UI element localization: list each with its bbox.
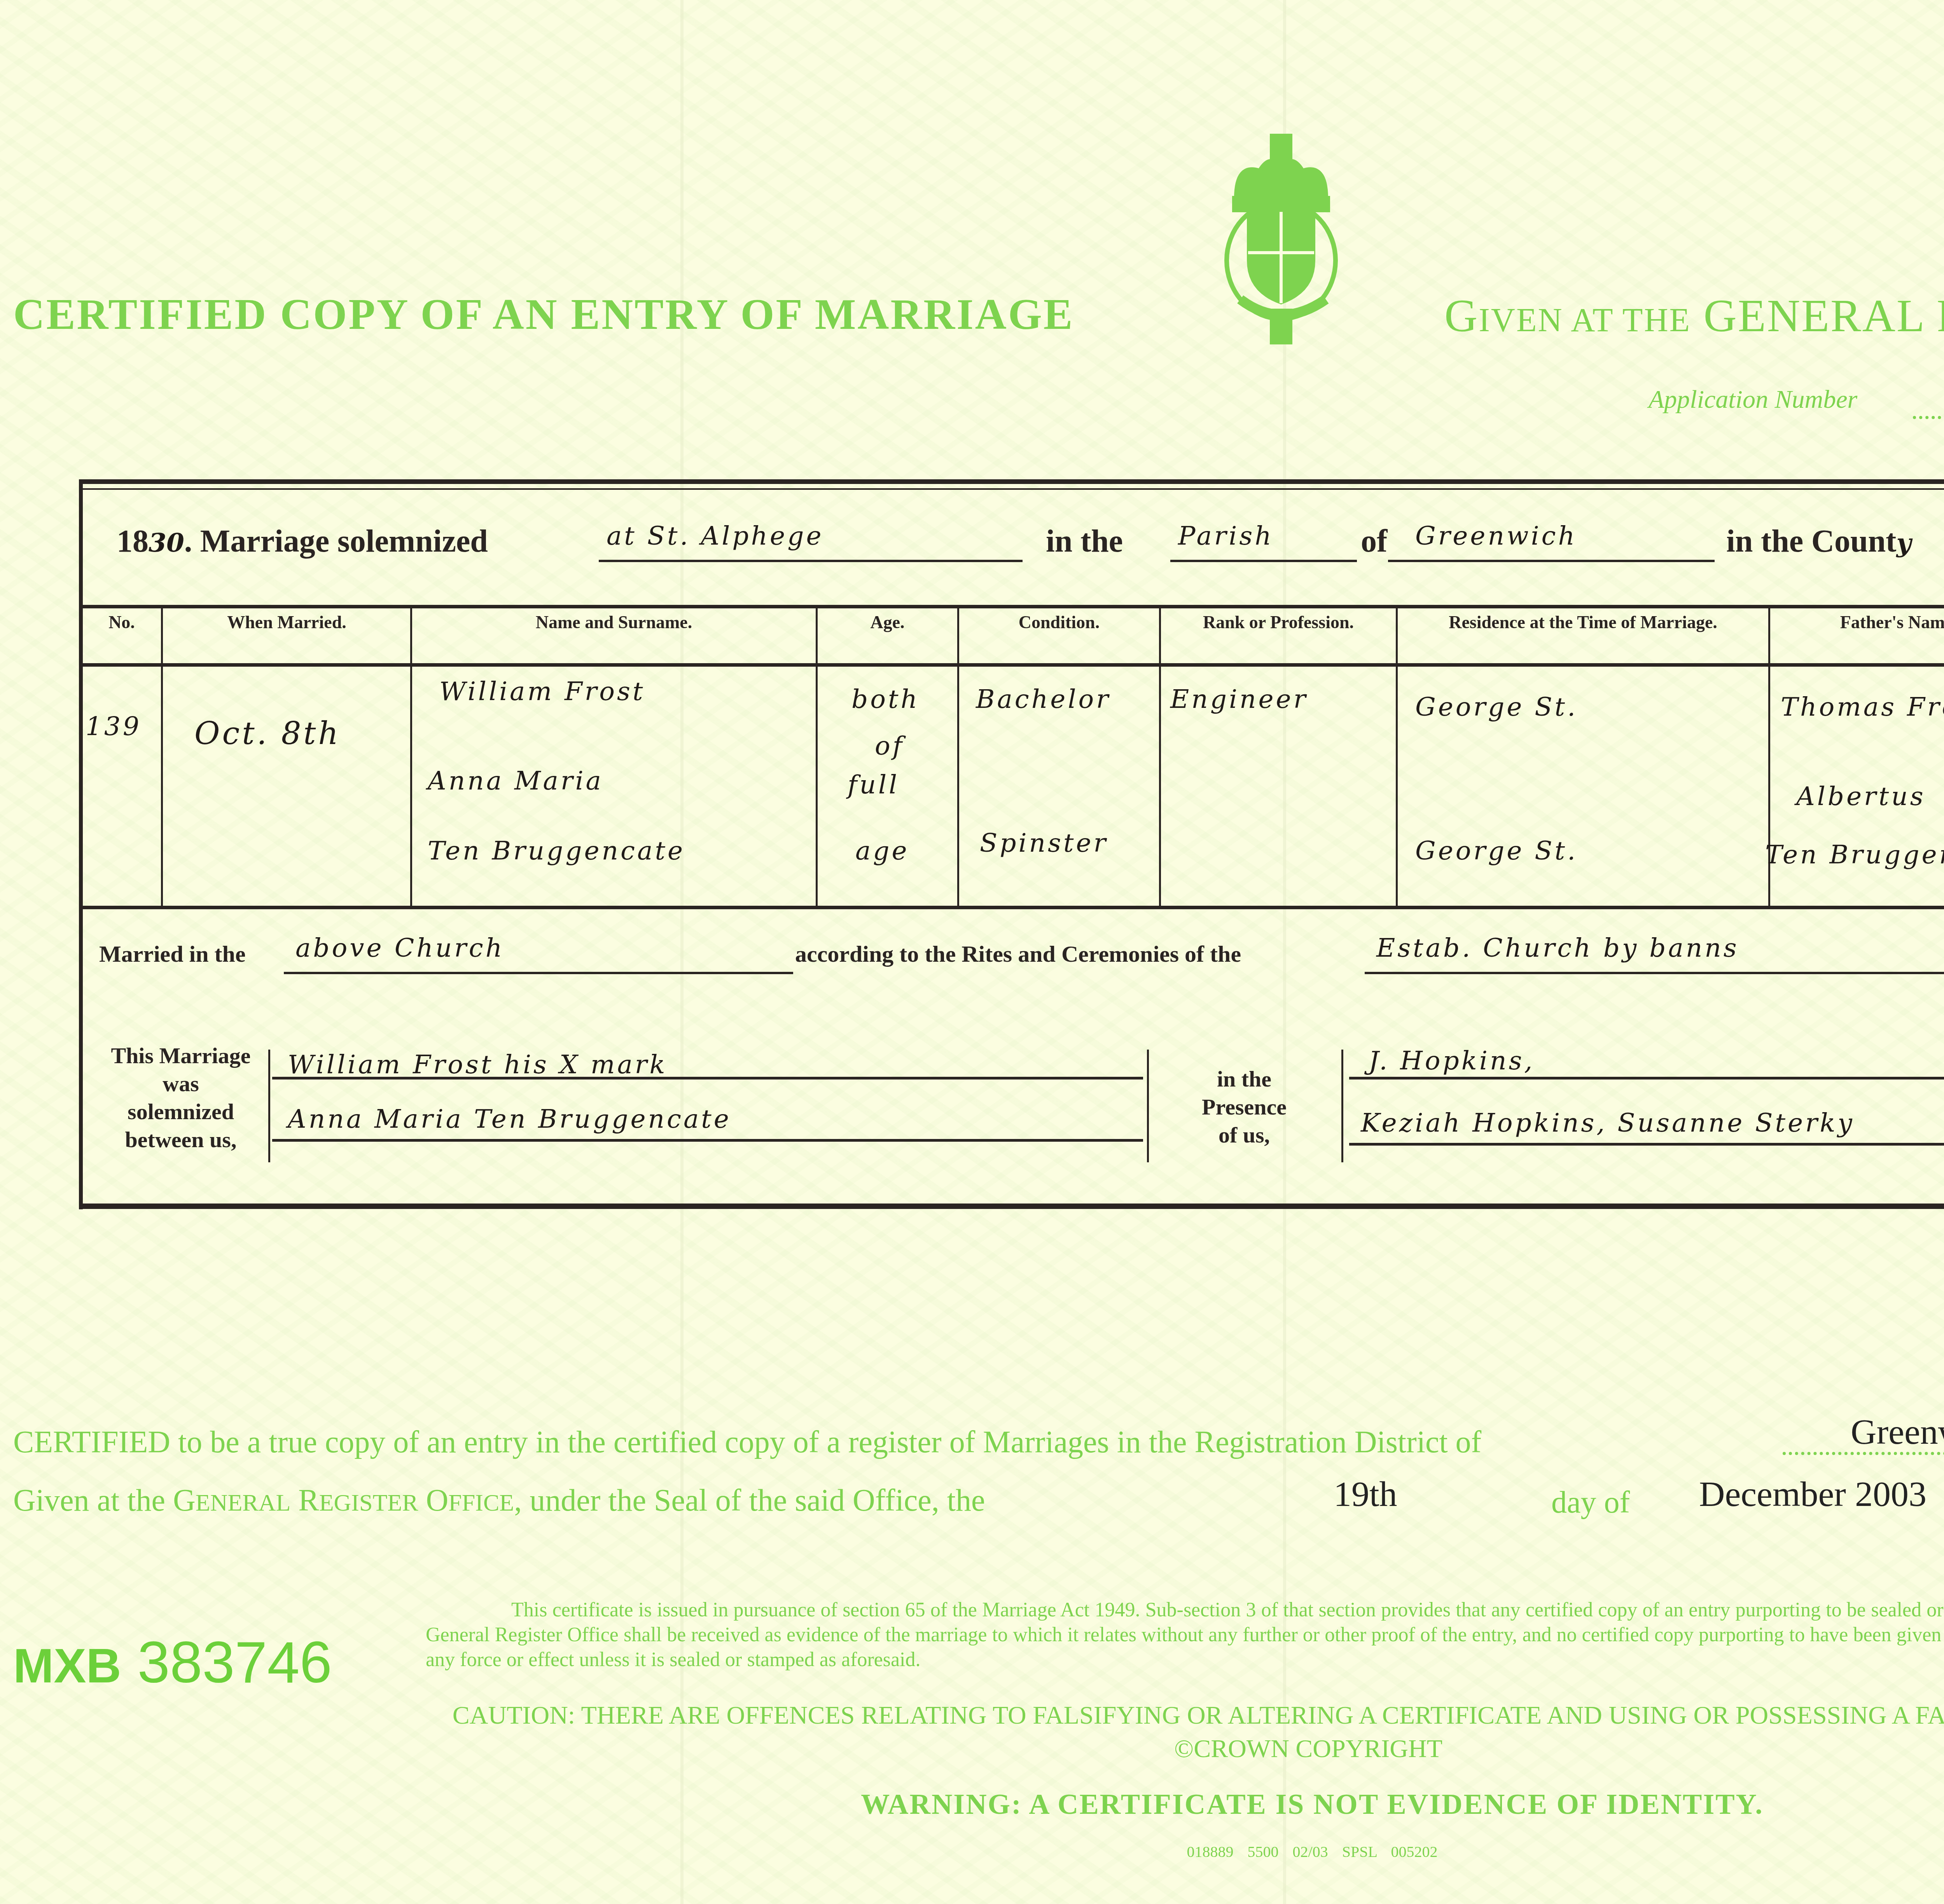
column-divider [1159, 606, 1161, 908]
county-label: in the County [1726, 523, 1914, 559]
given-month-year-value: December 2003 [1699, 1473, 1927, 1514]
bride-name-line1: Anna Maria [428, 766, 603, 796]
table-bottom-border [79, 1204, 1944, 1209]
in-the-label: in the [1046, 523, 1123, 559]
groom-condition: Bachelor [976, 684, 1111, 714]
column-header-age: Age. [818, 612, 957, 632]
column-divider [410, 606, 412, 908]
column-header-no: No. [83, 612, 161, 632]
certificate-title: CERTIFIED COPY OF AN ENTRY OF MARRIAGE [13, 290, 1074, 340]
given-at-statement: Given at the GENERAL REGISTER OFFICE, un… [13, 1483, 985, 1518]
bracket-left [268, 1050, 270, 1162]
column-divider [816, 606, 818, 908]
parish-name-value: Greenwich [1415, 521, 1577, 551]
bracket-left [1341, 1050, 1343, 1162]
age-word: age [855, 836, 909, 866]
district-dots [1783, 1452, 1944, 1455]
column-divider [1396, 606, 1398, 908]
underline [1170, 560, 1357, 562]
groom-father-name: Thomas Frost [1781, 692, 1944, 722]
column-header-residence: Residence at the Time of Marriage. [1398, 612, 1768, 632]
bride-father-name-line1: Albertus [1796, 781, 1926, 811]
caution-notice: CAUTION: THERE ARE OFFENCES RELATING TO … [443, 1699, 1944, 1766]
age-word: both [851, 684, 920, 714]
entry-when-married: Oct. 8th [194, 715, 341, 751]
underline [1388, 560, 1715, 562]
presence-label: in the Presence of us, [1186, 1065, 1302, 1149]
married-in-label: Married in the [99, 941, 246, 968]
table-top-border [79, 479, 1944, 484]
underline [284, 972, 793, 974]
certified-statement: CERTIFIED to be a true copy of an entry … [13, 1425, 1481, 1460]
entry-bottom-line [79, 906, 1944, 909]
application-number-label: Application Number [1649, 385, 1857, 414]
bride-residence: George St. [1415, 836, 1578, 866]
application-number-dots [1913, 416, 1944, 419]
witness-signature-2: Keziah Hopkins, Susanne Sterky [1361, 1108, 1855, 1138]
column-header-father-name: Father's Name and Surname. [1770, 612, 1944, 632]
groom-name: William Frost [439, 676, 645, 706]
column-header-condition: Condition. [959, 612, 1159, 632]
party-signature-groom: William Frost his X mark [288, 1050, 667, 1080]
bride-condition: Spinster [980, 828, 1108, 858]
parish-word: Parish [1178, 521, 1274, 551]
rites-label: according to the Rites and Ceremonies of… [795, 941, 1241, 968]
header-bottom-line [79, 663, 1944, 667]
column-divider [957, 606, 959, 908]
between-us-label: This Marriage was solemnized between us, [95, 1042, 266, 1154]
column-header-name: Name and Surname. [412, 612, 816, 632]
underline [272, 1139, 1143, 1142]
bride-father-name-line2: Ten Bruggencate [1765, 840, 1944, 870]
table-top-border-inner [79, 488, 1944, 490]
royal-crest-icon [1213, 128, 1349, 346]
underline [1349, 1077, 1944, 1080]
solemnized-at-value: at St. Alphege [607, 521, 823, 551]
age-word: full [848, 770, 899, 800]
underline [1349, 1143, 1944, 1146]
party-signature-bride: Anna Maria Ten Bruggencate [288, 1104, 731, 1134]
registration-district-value: Greenwich [1851, 1411, 1944, 1452]
underline [1365, 972, 1944, 974]
underline [272, 1077, 1143, 1080]
column-header-rank: Rank or Profession. [1161, 612, 1396, 632]
given-day-value: 19th [1334, 1473, 1397, 1514]
office-heading: GIVEN AT THE GENERAL REGISTER OFFICE [1444, 290, 1944, 342]
register-year: 1830. Marriage solemnized [117, 523, 488, 559]
entry-number: 139 [86, 711, 142, 741]
identity-warning: WARNING: A CERTIFICATE IS NOT EVIDENCE O… [447, 1788, 1944, 1821]
age-word: of [875, 731, 904, 761]
day-of-label: day of [1551, 1485, 1630, 1520]
certificate-serial-number: MXB 383746 [13, 1629, 332, 1696]
witness-signature-1: J. Hopkins, [1369, 1046, 1535, 1076]
legal-notice: This certificate is issued in pursuance … [426, 1598, 1944, 1672]
bride-name-line2: Ten Bruggencate [428, 836, 685, 866]
column-divider [161, 606, 163, 908]
column-header-when-married: When Married. [163, 612, 410, 632]
bracket-right [1147, 1050, 1149, 1162]
of-label: of [1361, 523, 1387, 559]
underline [599, 560, 1023, 562]
groom-rank: Engineer [1170, 684, 1308, 714]
groom-residence: George St. [1415, 692, 1578, 722]
print-code: 018889 5500 02/03 SPSL 005202 [447, 1843, 1944, 1861]
header-top-line [79, 605, 1944, 608]
married-in-value: above Church [295, 933, 504, 963]
rites-value: Estab. Church by banns [1376, 933, 1739, 963]
